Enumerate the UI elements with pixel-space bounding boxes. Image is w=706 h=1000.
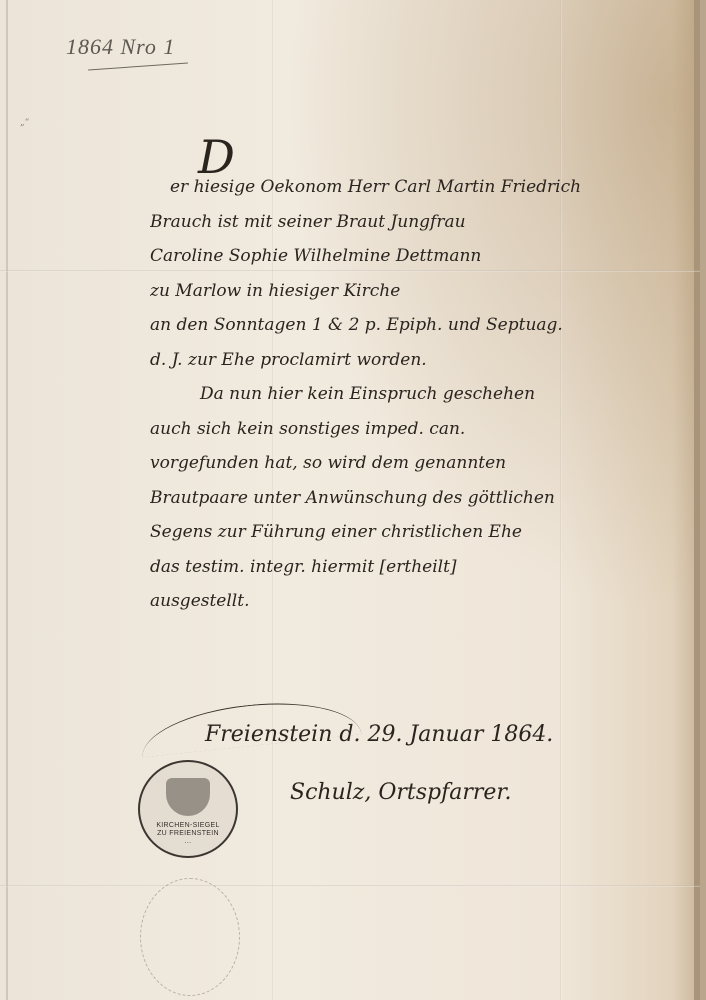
coat-of-arms-icon	[166, 778, 210, 816]
text-line: zu Marlow in hiesiger Kirche	[150, 274, 698, 309]
margin-mark: „“	[20, 118, 29, 128]
document-page: 1864 Nro 1 „“ D er hiesige Oekonom Herr …	[0, 0, 700, 1000]
signature: Schulz, Ortspfarrer.	[290, 780, 512, 805]
text-line: Brautpaare unter Anwünschung des göttlic…	[150, 481, 698, 516]
text-line: Caroline Sophie Wilhelmine Dettmann	[150, 239, 698, 274]
text-line: Brauch ist mit seiner Braut Jungfrau	[150, 205, 698, 240]
archive-note: 1864 Nro 1	[66, 34, 175, 60]
fold-line	[0, 885, 700, 887]
text-line: Da nun hier kein Einspruch geschehen	[150, 377, 698, 412]
seal-impression-ghost	[140, 878, 240, 996]
archive-underline	[88, 63, 188, 71]
text-line: ausgestellt.	[150, 584, 698, 619]
place-date: Freienstein d. 29. Januar 1864.	[205, 722, 553, 747]
text-line: d. J. zur Ehe proclamirt worden.	[150, 343, 698, 378]
text-line: vorgefunden hat, so wird dem genannten	[150, 446, 698, 481]
text-line: er hiesige Oekonom Herr Carl Martin Frie…	[150, 170, 698, 205]
document-body: er hiesige Oekonom Herr Carl Martin Frie…	[150, 170, 698, 619]
text-line: an den Sonntagen 1 & 2 p. Epiph. und Sep…	[150, 308, 698, 343]
church-seal: KIRCHEN-SIEGEL ZU FREIENSTEIN ...	[138, 760, 238, 858]
text-line: Segens zur Führung einer christlichen Eh…	[150, 515, 698, 550]
seal-text-line: ZU FREIENSTEIN	[157, 830, 219, 838]
text-line: das testim. integr. hiermit [ertheilt]	[150, 550, 698, 585]
text-line: auch sich kein sonstiges imped. can.	[150, 412, 698, 447]
seal-text-line: KIRCHEN-SIEGEL	[156, 822, 219, 830]
seal-text-line: ...	[185, 838, 192, 846]
margin-line	[6, 0, 8, 1000]
